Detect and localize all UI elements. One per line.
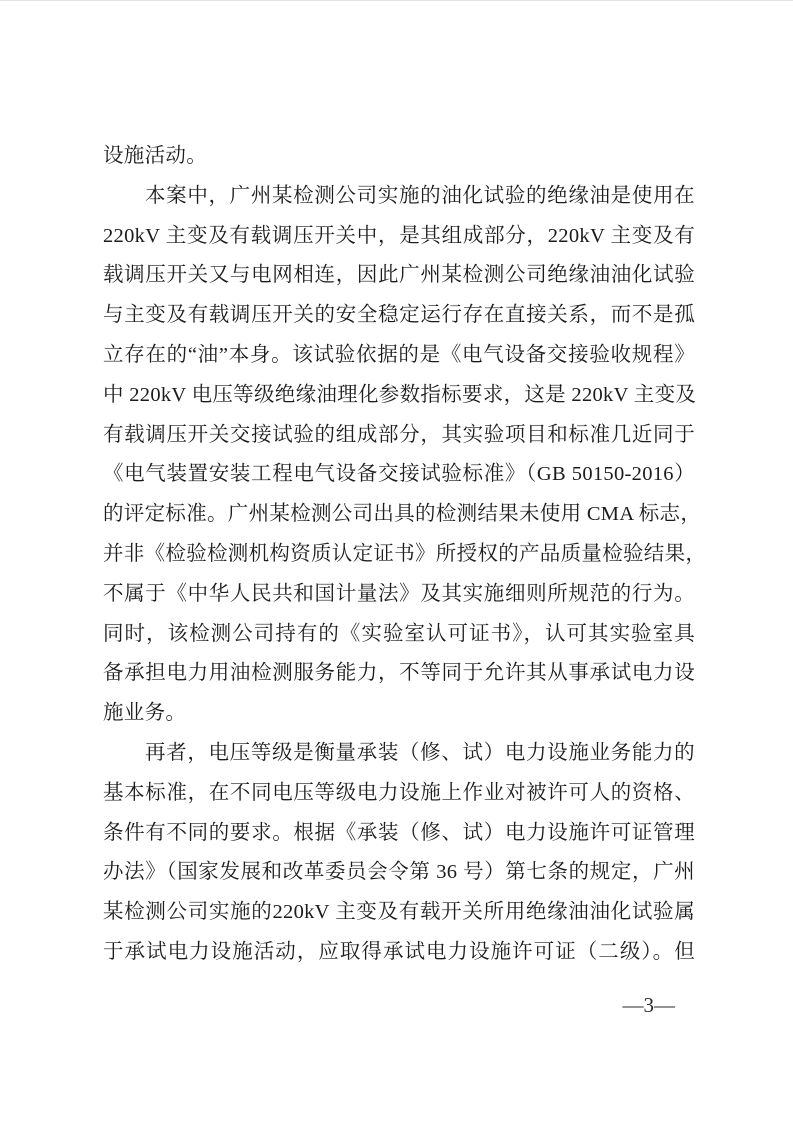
text-line: 立存在的“油”本身。该试验依据的是《电气设备交接验收规程》	[103, 336, 695, 376]
text-line: 并非《检验检测机构资质认定证书》所授权的产品质量检验结果，	[103, 535, 695, 575]
text-line: 不属于《中华人民共和国计量法》及其实施细则所规范的行为。	[103, 575, 695, 615]
page-number: —3—	[623, 992, 676, 1018]
text-line: 施业务。	[103, 694, 695, 734]
text-line: 载调压开关又与电网相连，因此广州某检测公司绝缘油油化试验	[103, 256, 695, 296]
text-line: 同时，该检测公司持有的《实验室认可证书》，认可其实验室具	[103, 615, 695, 655]
document-body: 设施活动。本案中，广州某检测公司实施的油化试验的绝缘油是使用在220kV 主变及…	[103, 137, 695, 973]
text-line: 有载调压开关交接试验的组成部分，其实验项目和标准几近同于	[103, 416, 695, 456]
text-line: 条件有不同的要求。根据《承装（修、试）电力设施许可证管理	[103, 814, 695, 854]
text-line: 220kV 主变及有载调压开关中，是其组成部分，220kV 主变及有	[103, 217, 695, 257]
document-page: 设施活动。本案中，广州某检测公司实施的油化试验的绝缘油是使用在220kV 主变及…	[0, 0, 793, 1122]
text-line: 设施活动。	[103, 137, 695, 177]
text-line: 某检测公司实施的220kV 主变及有载开关所用绝缘油油化试验属	[103, 893, 695, 933]
text-line: 基本标准，在不同电压等级电力设施上作业对被许可人的资格、	[103, 774, 695, 814]
text-line: 中 220kV 电压等级绝缘油理化参数指标要求，这是 220kV 主变及	[103, 376, 695, 416]
text-line: 备承担电力用油检测服务能力，不等同于允许其从事承试电力设	[103, 654, 695, 694]
text-line: 与主变及有载调压开关的安全稳定运行存在直接关系，而不是孤	[103, 296, 695, 336]
text-line: 办法》（国家发展和改革委员会令第 36 号）第七条的规定，广州	[103, 853, 695, 893]
text-line: 再者，电压等级是衡量承装（修、试）电力设施业务能力的	[103, 734, 695, 774]
text-line: 《电气装置安装工程电气设备交接试验标准》（GB 50150-2016）	[103, 455, 695, 495]
text-line: 于承试电力设施活动，应取得承试电力设施许可证（二级）。但	[103, 933, 695, 973]
text-line: 的评定标准。广州某检测公司出具的检测结果未使用 CMA 标志，	[103, 495, 695, 535]
text-line: 本案中，广州某检测公司实施的油化试验的绝缘油是使用在	[103, 177, 695, 217]
